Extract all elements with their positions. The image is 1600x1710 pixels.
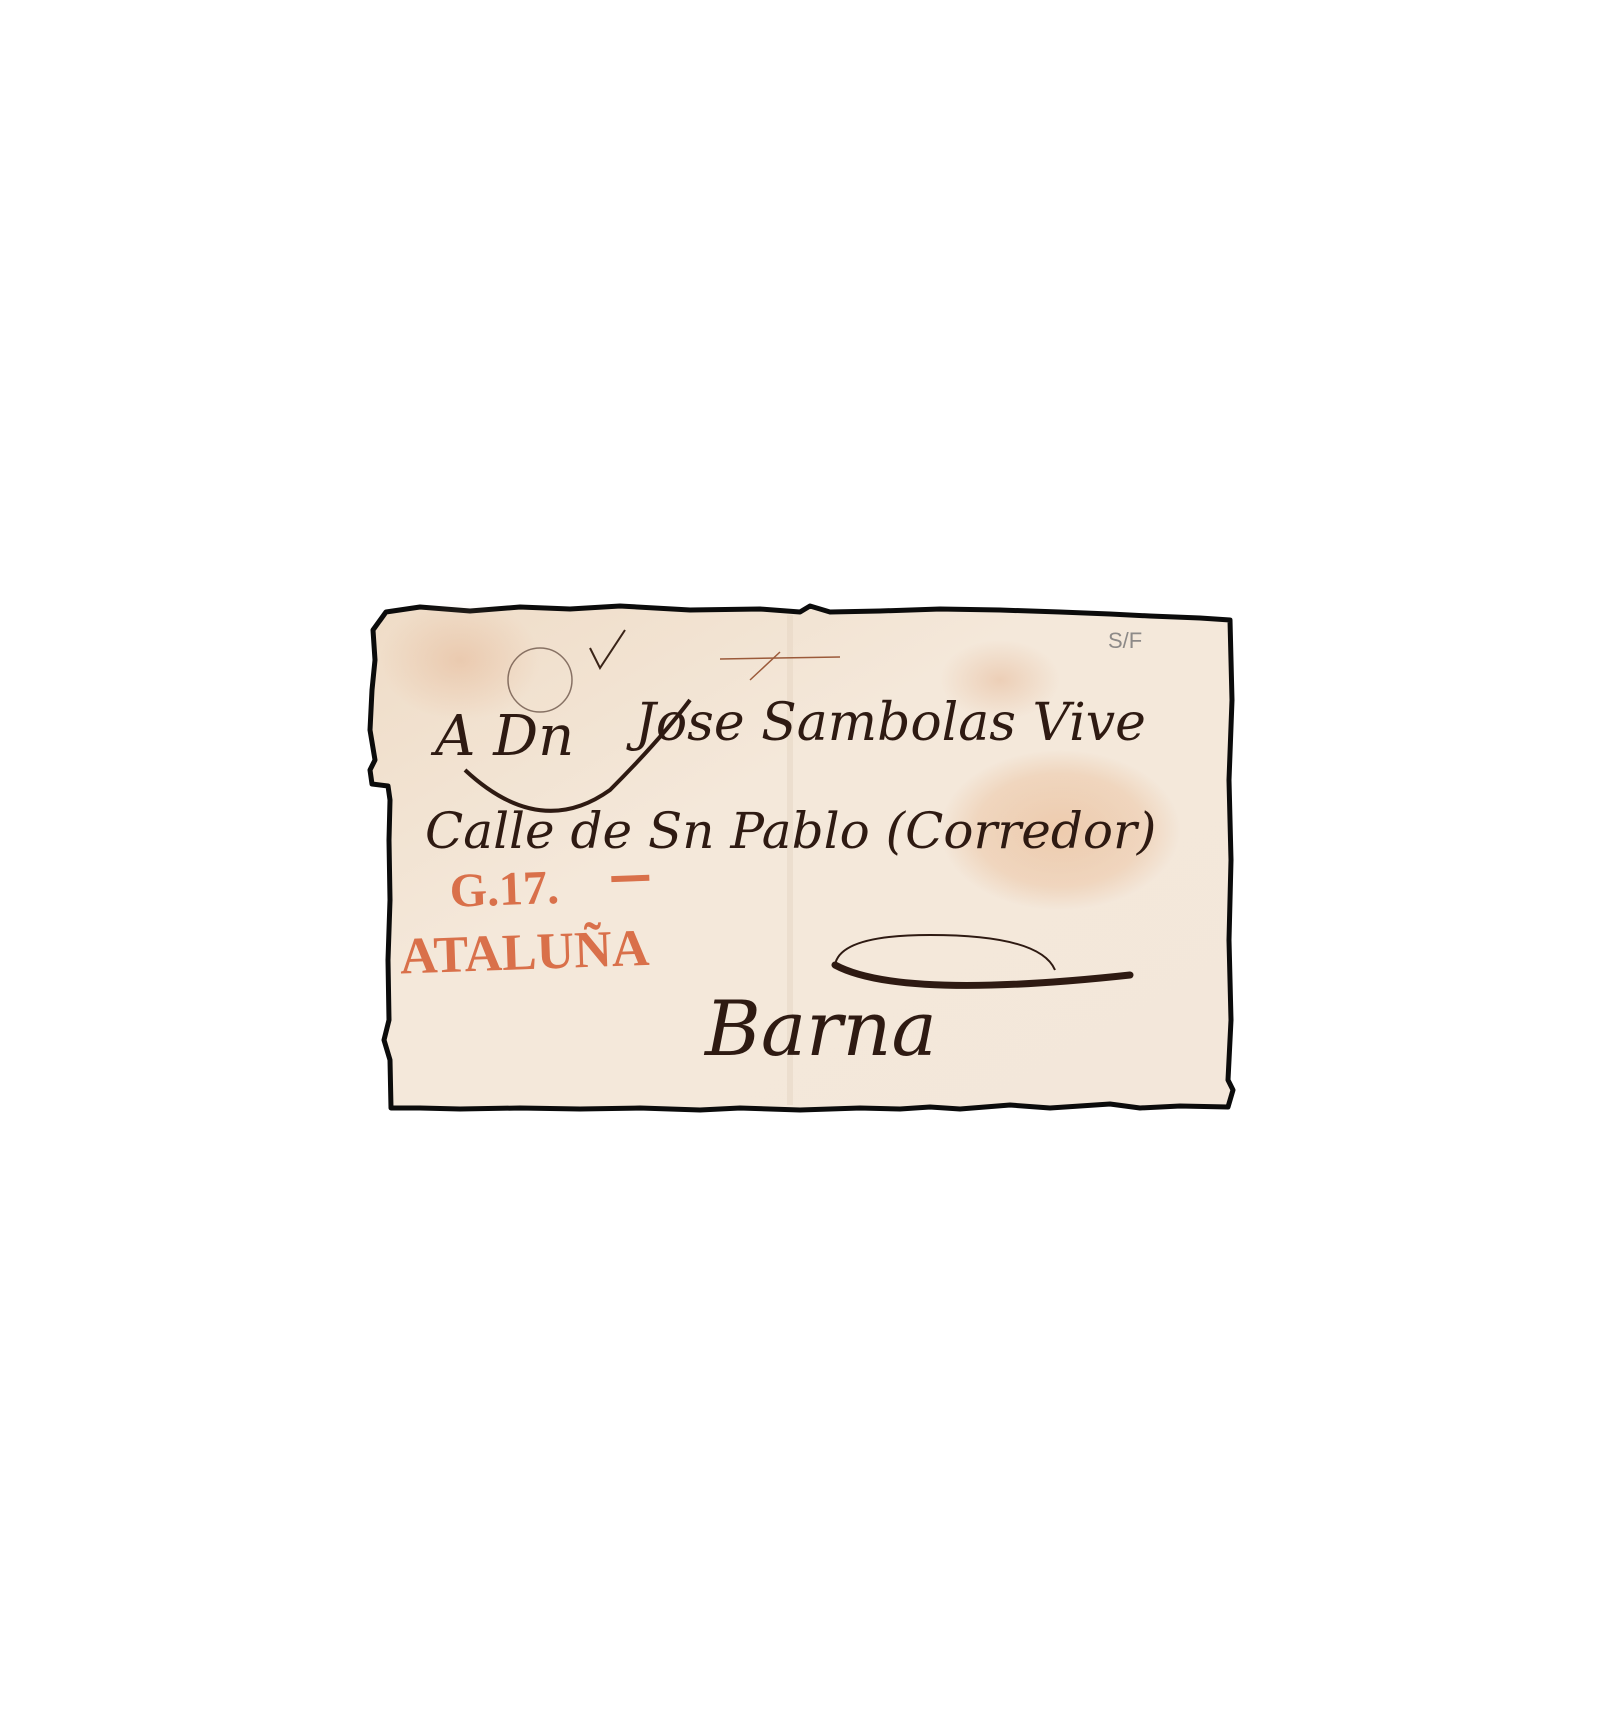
postmark-line-1: G.17. (449, 861, 560, 918)
address-salutation: A Dn (430, 704, 574, 769)
address-line-1: Jose Sambolas Vive (626, 693, 1146, 753)
address-destination: Barna (703, 984, 937, 1073)
pencil-note: S/F (1108, 628, 1142, 653)
address-line-2: Calle de Sn Pablo (Corredor) (425, 802, 1156, 860)
postmark-line-2: ATALUÑA (399, 919, 651, 986)
postal-cover-image: S/F A Dn Jose Sambolas Vive Calle de Sn … (0, 0, 1600, 1710)
